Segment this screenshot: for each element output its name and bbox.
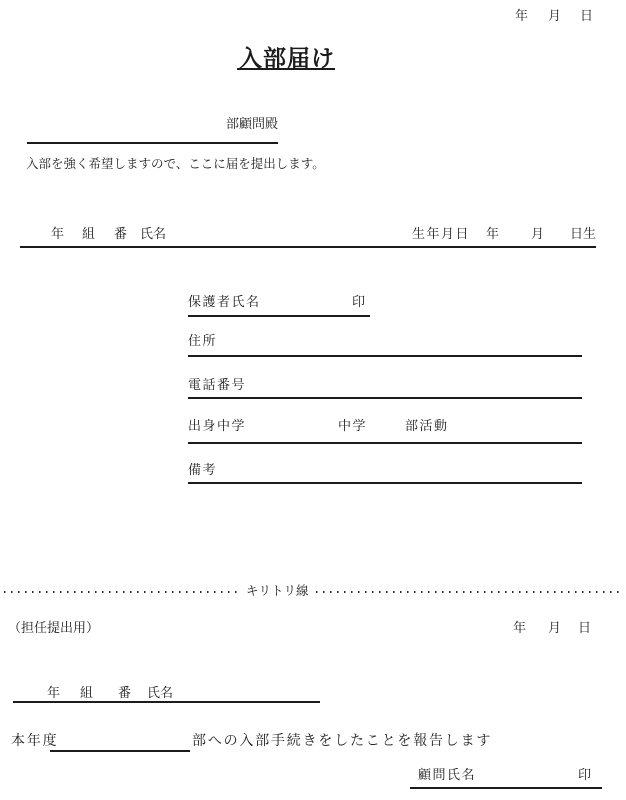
phone-label: 電話番号 bbox=[188, 377, 246, 393]
guardian-seal-label: 印 bbox=[352, 294, 365, 310]
club-activity-label: 部活動 bbox=[405, 418, 449, 434]
section2-date-month-label: 月 bbox=[548, 620, 561, 636]
section2-member-fill-line bbox=[13, 701, 320, 703]
junior-high-suffix-label: 中学 bbox=[338, 418, 367, 434]
section2-date-day-label: 日 bbox=[578, 620, 591, 636]
teacher-copy-note-label: （担任提出用） bbox=[8, 620, 99, 636]
section2-name-label: 氏名 bbox=[147, 685, 173, 701]
school-club-fill-line bbox=[188, 442, 582, 444]
section2-club-fill-line bbox=[50, 750, 190, 752]
guardian-name-label: 保護者氏名 bbox=[188, 294, 261, 310]
statement-text: 入部を強く希望しますので、ここに届を提出します。 bbox=[26, 157, 325, 172]
advisor-salutation-label: 部顧問殿 bbox=[226, 116, 278, 132]
title-underline bbox=[237, 68, 335, 70]
section2-grade-label: 年 bbox=[47, 685, 60, 701]
club-name-fill-line bbox=[27, 142, 278, 144]
top-date-year-label: 年 bbox=[515, 8, 528, 24]
remarks-label: 備考 bbox=[188, 462, 217, 478]
address-label: 住所 bbox=[188, 333, 217, 349]
class-label: 組 bbox=[82, 226, 95, 242]
section2-class-label: 組 bbox=[80, 685, 93, 701]
club-entry-form-page: 年 月 日 入部届け 部顧問殿 入部を強く希望しますので、ここに届を提出します。… bbox=[0, 0, 626, 800]
advisor-name-fill-line bbox=[410, 787, 602, 789]
birth-year-label: 年 bbox=[486, 226, 499, 242]
cutline-dots-left bbox=[4, 591, 242, 593]
top-date-day-label: 日 bbox=[580, 8, 593, 24]
report-prefix-label: 本年度 bbox=[11, 732, 58, 749]
cutline-label: キリトリ線 bbox=[246, 584, 309, 599]
member-row-fill-line bbox=[20, 246, 596, 248]
cutline-dots-right bbox=[316, 591, 622, 593]
birth-day-label: 日生 bbox=[570, 226, 596, 242]
remarks-fill-line bbox=[188, 482, 582, 484]
birth-month-label: 月 bbox=[531, 226, 544, 242]
birthdate-label: 生年月日 bbox=[412, 226, 470, 242]
name-label: 氏名 bbox=[140, 226, 166, 242]
phone-fill-line bbox=[188, 397, 582, 399]
advisor-seal-label: 印 bbox=[578, 767, 591, 783]
origin-school-label: 出身中学 bbox=[188, 418, 246, 434]
report-suffix-text: 部への入部手続きをしたことを報告します bbox=[192, 732, 492, 749]
section2-date-year-label: 年 bbox=[513, 620, 526, 636]
grade-label: 年 bbox=[51, 226, 64, 242]
top-date-month-label: 月 bbox=[548, 8, 561, 24]
address-fill-line bbox=[188, 355, 582, 357]
advisor-name-label: 顧問氏名 bbox=[418, 767, 476, 783]
guardian-name-fill-line bbox=[188, 315, 370, 317]
number-label: 番 bbox=[114, 226, 127, 242]
section2-number-label: 番 bbox=[118, 685, 131, 701]
